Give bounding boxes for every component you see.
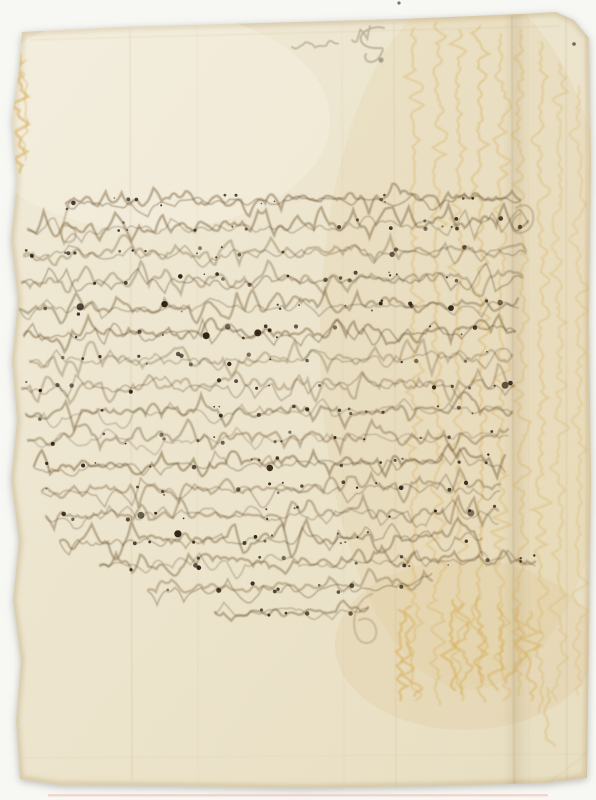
scanner-artifact-line [48, 794, 548, 797]
scanner-background [0, 0, 596, 800]
manuscript-scan-image [0, 0, 596, 800]
